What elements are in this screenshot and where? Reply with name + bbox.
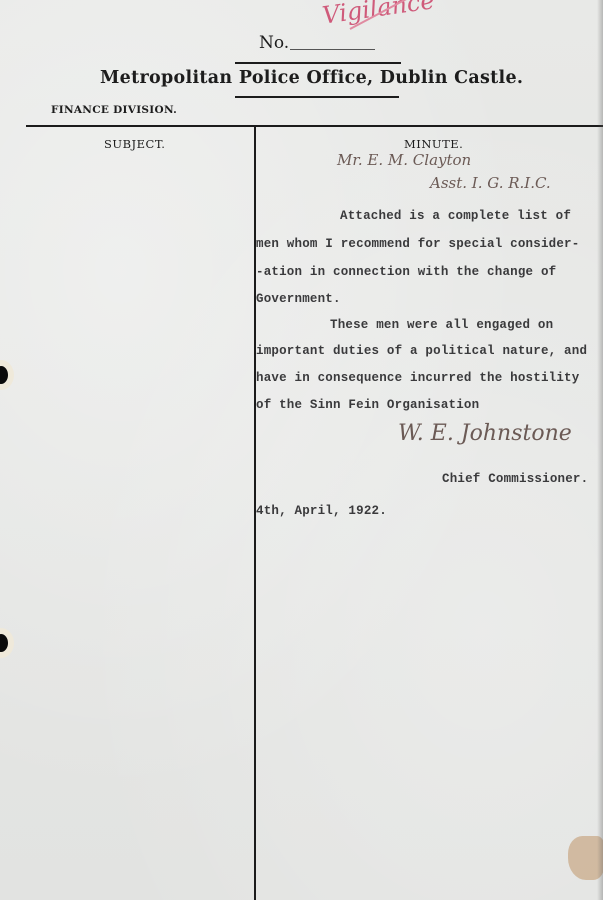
title-rule-top xyxy=(235,62,401,64)
minute-line: Attached is a complete list of xyxy=(340,209,571,223)
document-page: Vigilance No. Metropolitan Police Office… xyxy=(0,0,603,900)
signatory-title: Chief Commissioner. xyxy=(442,472,588,486)
number-label: No. xyxy=(259,33,289,53)
document-date: 4th, April, 1922. xyxy=(256,504,387,518)
minute-line: important duties of a political nature, … xyxy=(256,344,587,358)
minute-line: of the Sinn Fein Organisation xyxy=(256,398,479,412)
subject-heading: SUBJECT. xyxy=(104,137,165,151)
punch-hole-top xyxy=(0,366,8,384)
minute-line: Government. xyxy=(256,292,341,306)
handwritten-addressee: Mr. E. M. Clayton xyxy=(337,151,471,169)
number-field-line xyxy=(290,49,375,50)
punch-hole-bottom xyxy=(0,634,8,652)
page-edge xyxy=(597,0,603,900)
header-rule xyxy=(26,125,603,127)
minute-line: men whom I recommend for special conside… xyxy=(256,237,579,251)
office-title: Metropolitan Police Office, Dublin Castl… xyxy=(100,68,523,88)
minute-line: -ation in connection with the change of xyxy=(256,265,556,279)
division-label: FINANCE DIVISION. xyxy=(51,104,177,116)
signature: W. E. Johnstone xyxy=(398,421,572,446)
title-rule-bottom xyxy=(235,96,399,98)
minute-line: These men were all engaged on xyxy=(330,318,553,332)
handwritten-addressee-title: Asst. I. G. R.I.C. xyxy=(430,174,551,192)
minute-line: have in consequence incurred the hostili… xyxy=(256,371,579,385)
minute-heading: MINUTE. xyxy=(404,137,463,151)
